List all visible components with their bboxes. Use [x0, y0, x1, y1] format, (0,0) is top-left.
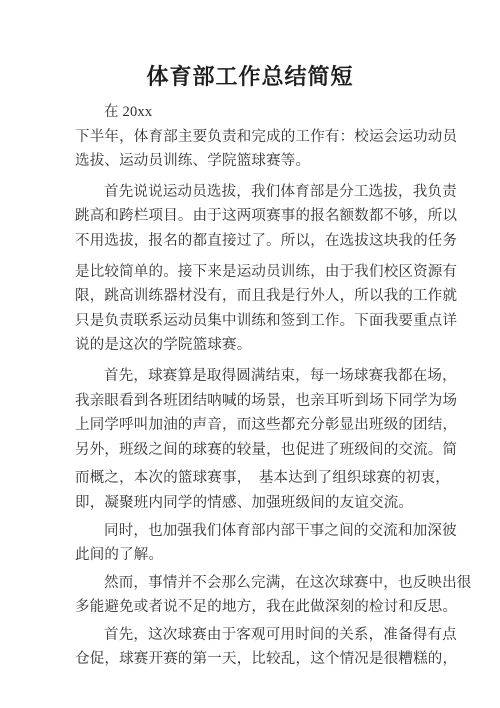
text-line: 上同学呼叫加油的声音，而这些都充分彰显出班级的团结， [75, 413, 476, 438]
document-body: 在 20xx 下半年，体育部主要负责和完成的工作有：校运会运功动员 选拔、运动员… [75, 100, 476, 672]
text-line: 多能避免或者说不足的地方，我在此做深刻的检讨和反思。 [75, 595, 476, 620]
text-line: 选拔、运动员训练、学院篮球赛等。 [75, 149, 476, 174]
document-title: 体育部工作总结简短 [0, 0, 500, 92]
paragraph: 首先，这次球赛由于客观可用时间的关系，准备得有点 仓促，球赛开赛的第一天，比较乱… [75, 623, 476, 672]
paragraph: 同时，也加强我们体育部内部干事之间的交流和加深彼 此间的了解。 [75, 519, 476, 568]
text-line: 不用选拔，报名的都直接过了。所以，在选拔这块我的任务 [75, 229, 476, 254]
text-line: 首先，这次球赛由于客观可用时间的关系，准备得有点 [75, 623, 476, 648]
text-line: 下半年，体育部主要负责和完成的工作有：校运会运功动员 [75, 125, 476, 150]
text-line: 同时，也加强我们体育部内部干事之间的交流和加深彼 [75, 519, 476, 544]
paragraph: 在 20xx 下半年，体育部主要负责和完成的工作有：校运会运功动员 选拔、运动员… [75, 100, 476, 174]
text-line: 我亲眼看到各班团结呐喊的场景，也亲耳听到场下同学为场 [75, 389, 476, 414]
text-line: 首先，球赛算是取得圆满结束，每一场球赛我都在场， [75, 364, 476, 389]
text-line: 是比较简单的。接下来是运动员训练，由于我们校区资源有 [75, 260, 476, 285]
paragraph: 首先，球赛算是取得圆满结束，每一场球赛我都在场， 我亲眼看到各班团结呐喊的场景，… [75, 364, 476, 516]
text-line: 在 20xx [75, 100, 476, 125]
text-line: 即，凝聚班内同学的情感、加强班级间的友谊交流。 [75, 491, 476, 516]
text-line: 只是负责联系运动员集中训练和签到工作。下面我要重点详 [75, 309, 476, 334]
text-line: 然而，事情并不会那么完满，在这次球赛中，也反映出很 [75, 571, 476, 596]
text-line: 此间的了解。 [75, 543, 476, 568]
text-line: 另外，班级之间的球赛的较量，也促进了班级间的交流。简 [75, 438, 476, 463]
paragraph: 首先说说运动员选拔，我们体育部是分工选拔，我负责 跳高和跨栏项目。由于这两项赛事… [75, 180, 476, 358]
text-line: 而概之，本次的篮球赛事， 基本达到了组织球赛的初衷， [75, 466, 476, 491]
text-line: 说的是这次的学院篮球赛。 [75, 333, 476, 358]
paragraph: 然而，事情并不会那么完满，在这次球赛中，也反映出很 多能避免或者说不足的地方，我… [75, 571, 476, 620]
text-line: 跳高和跨栏项目。由于这两项赛事的报名额数都不够，所以 [75, 204, 476, 229]
text-line: 限，跳高训练器材没有，而且我是行外人，所以我的工作就 [75, 284, 476, 309]
document-page: 体育部工作总结简短 在 20xx 下半年，体育部主要负责和完成的工作有：校运会运… [0, 0, 500, 708]
text-line: 首先说说运动员选拔，我们体育部是分工选拔，我负责 [75, 180, 476, 205]
text-line: 仓促，球赛开赛的第一天，比较乱，这个情况是很糟糕的， [75, 647, 476, 672]
